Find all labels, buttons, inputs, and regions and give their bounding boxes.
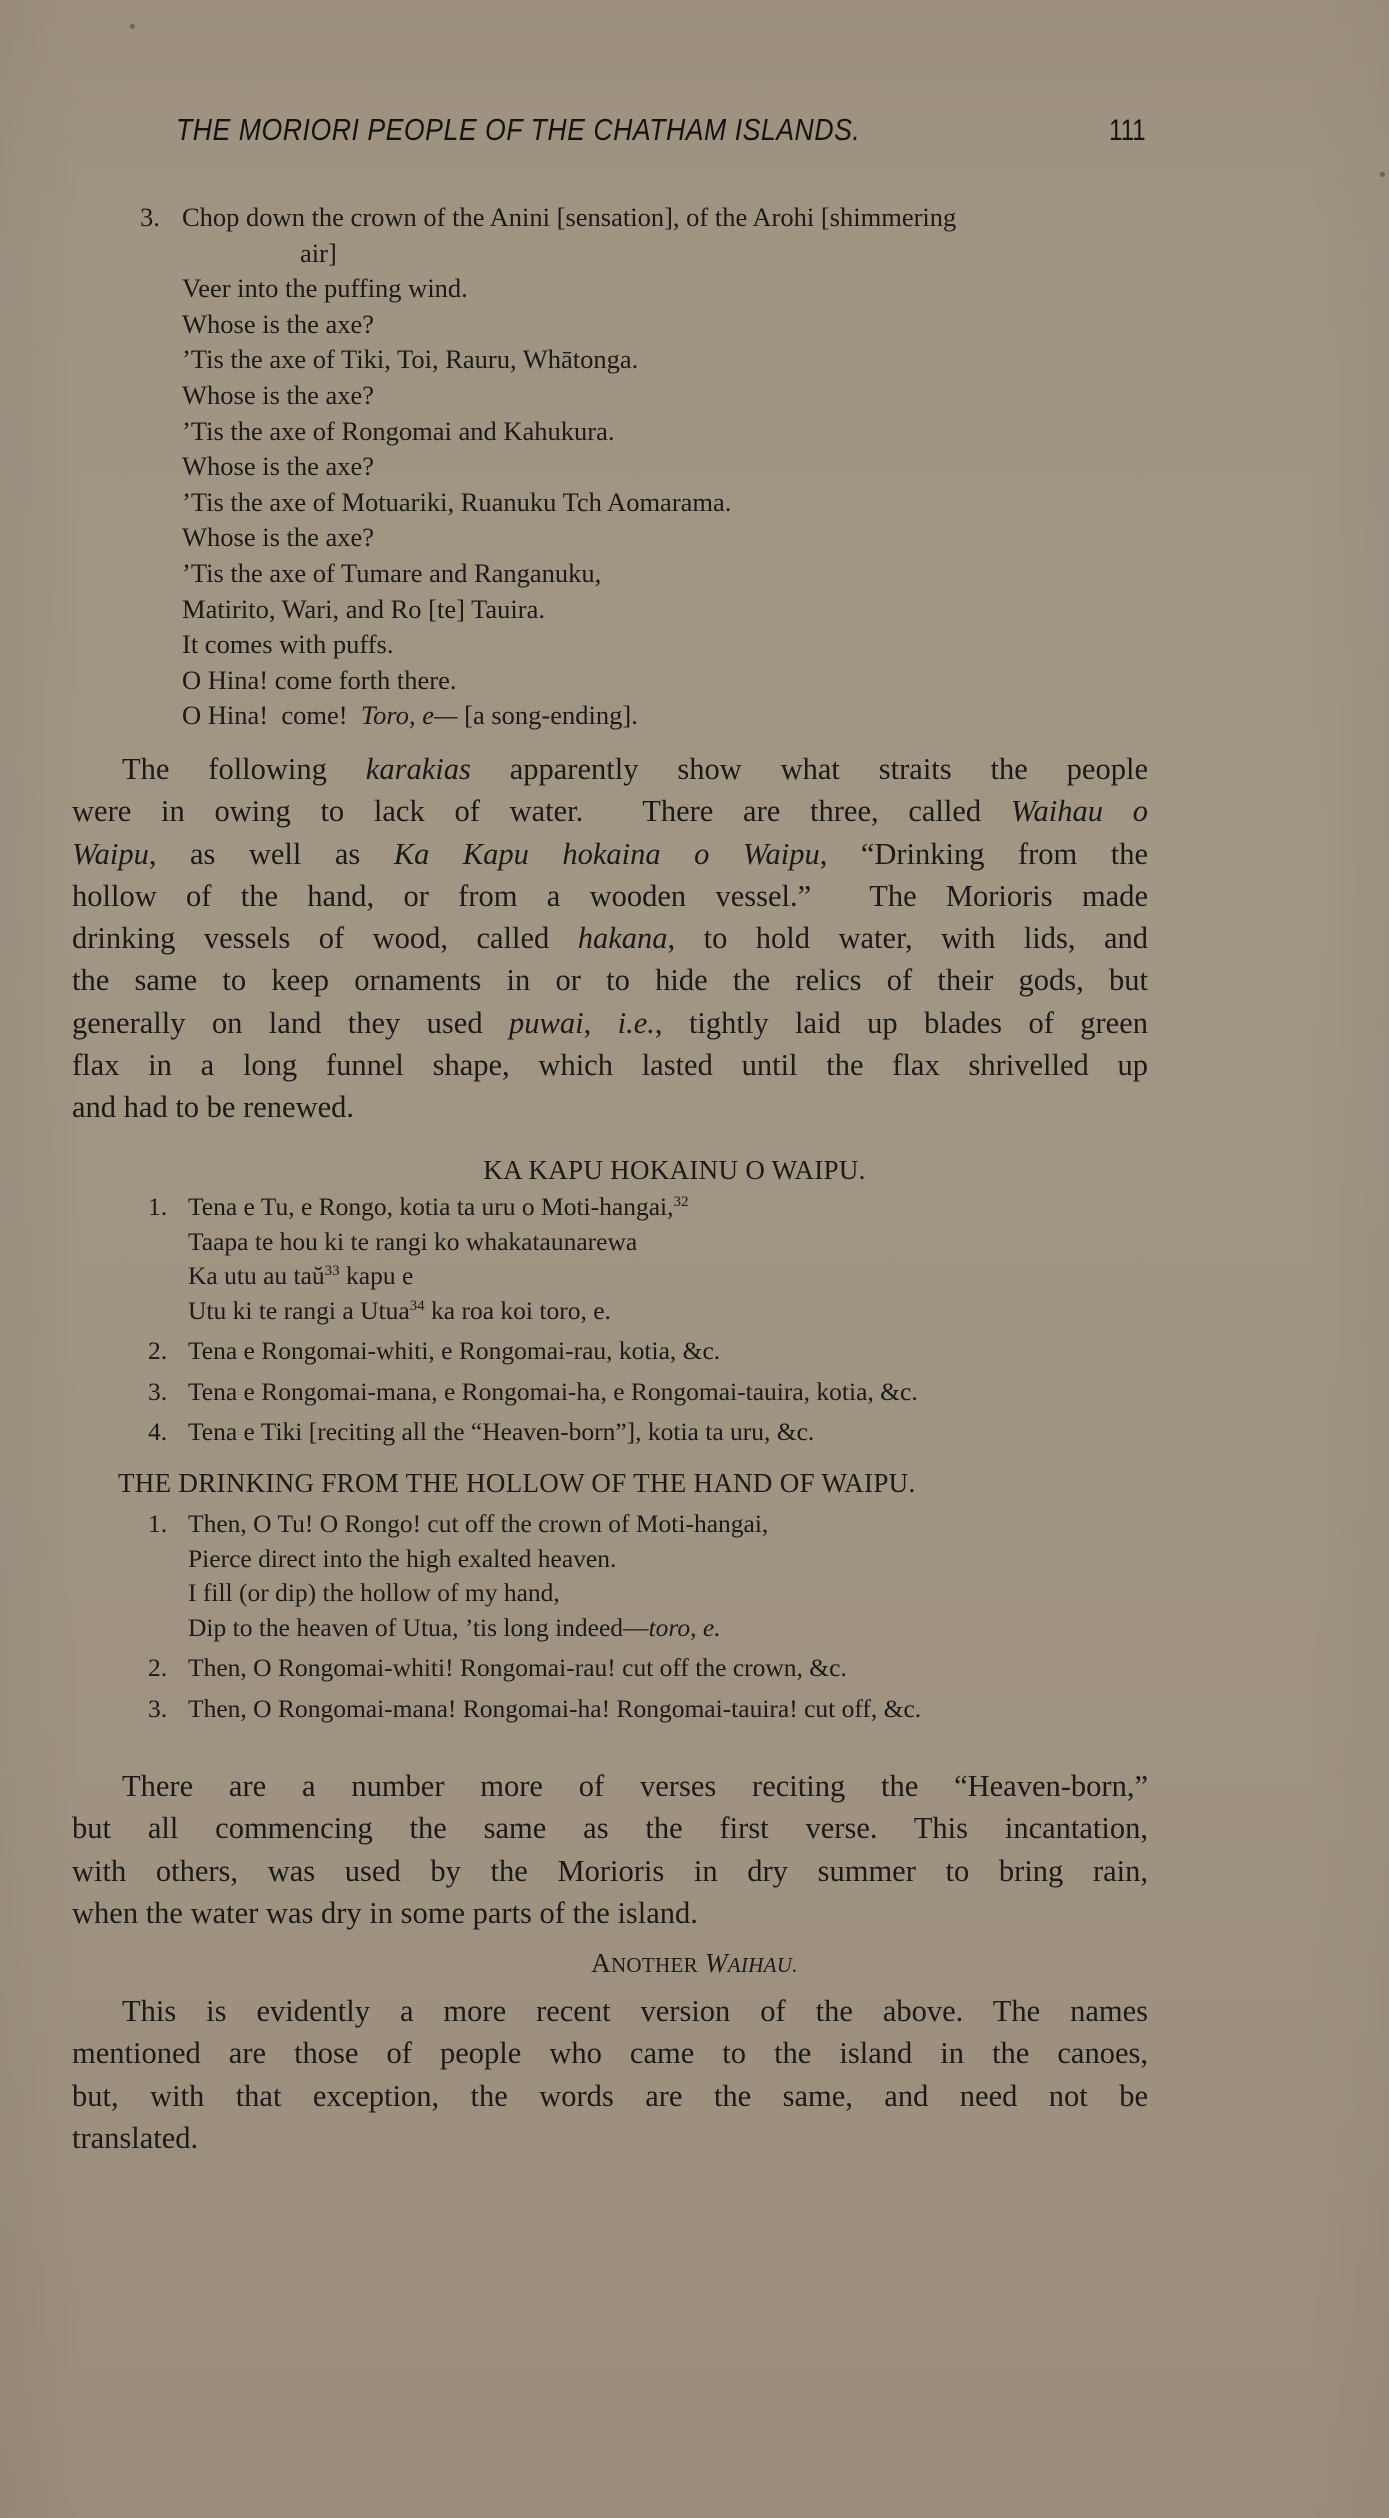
- prose-line: flax in a long funnel shape, which laste…: [72, 1044, 1148, 1086]
- verse-block-drinking: 1.Then, O Tu! O Rongo! cut off the crown…: [148, 1507, 921, 1726]
- verse-line: Ka utu au taŭ33 kapu e: [148, 1259, 918, 1294]
- verse-text: kapu e: [340, 1261, 414, 1290]
- prose-text: , as well as: [149, 837, 394, 871]
- prose-text-italic: karakias: [366, 752, 471, 786]
- prose-text: The following: [122, 752, 366, 786]
- prose-text-italic: Waipu: [72, 837, 149, 871]
- verse-text: Then, O Rongomai-whiti! Rongomai-rau! cu…: [188, 1653, 847, 1682]
- prose-text: ,: [584, 1006, 618, 1040]
- verse-text: Then, O Tu! O Rongo! cut off the crown o…: [188, 1509, 768, 1538]
- prose-text-italic: puwai: [509, 1006, 584, 1040]
- verse-block-ka-kapu: 1.Tena e Tu, e Rongo, kotia ta uru o Mot…: [148, 1190, 918, 1450]
- prose-text: were in owing to lack of water. There ar…: [72, 794, 1011, 828]
- verse-line: O Hina! come forth there.: [140, 663, 956, 699]
- heading-text: NOTHER: [611, 1953, 698, 1977]
- prose-text: , “Drinking from the: [820, 837, 1148, 871]
- verse-line: 3.Tena e Rongomai-mana, e Rongomai-ha, e…: [148, 1375, 918, 1410]
- prose-line: generally on land they used puwai, i.e.,…: [72, 1002, 1148, 1044]
- verse-text: ka roa koi toro, e.: [425, 1296, 611, 1325]
- prose-line: This is evidently a more recent version …: [72, 1990, 1148, 2032]
- verse-line: 1.Then, O Tu! O Rongo! cut off the crown…: [148, 1507, 921, 1542]
- prose-text-italic: Ka Kapu hokaina o Waipu: [394, 837, 820, 871]
- prose-text: and had to be renewed.: [72, 1090, 354, 1124]
- section-heading-ka-kapu: KA KAPU HOKAINU O WAIPU.: [0, 1155, 1389, 1186]
- prose-text: hollow of the hand, or from a wooden ves…: [72, 879, 1148, 913]
- verse-line: Matirito, Wari, and Ro [te] Tauira.: [140, 592, 956, 628]
- verse-line: 4.Tena e Tiki [reciting all the “Heaven-…: [148, 1415, 918, 1450]
- prose-line: translated.: [72, 2117, 1148, 2159]
- prose-line: but, with that exception, the words are …: [72, 2075, 1148, 2117]
- verse-line: Whose is the axe?: [140, 378, 956, 414]
- verse-text: Dip to the heaven of Utua, ’tis long ind…: [188, 1613, 649, 1642]
- verse-line: ’Tis the axe of Tiki, Toi, Rauru, Whāton…: [140, 342, 956, 378]
- verse-line: 1.Tena e Tu, e Rongo, kotia ta uru o Mot…: [148, 1190, 918, 1225]
- verse-line: 2.Tena e Rongomai-whiti, e Rongomai-rau,…: [148, 1334, 918, 1369]
- verse-line: ’Tis the axe of Rongomai and Kahukura.: [140, 414, 956, 450]
- prose-line: but all commencing the same as the first…: [72, 1807, 1148, 1849]
- verse-line: Pierce direct into the high exalted heav…: [148, 1542, 921, 1577]
- prose-line: There are a number more of verses reciti…: [72, 1765, 1148, 1807]
- verse-line: Utu ki te rangi a Utua34 ka roa koi toro…: [148, 1294, 918, 1329]
- verse-number: 2.: [148, 1334, 188, 1369]
- prose-line: hollow of the hand, or from a wooden ves…: [72, 875, 1148, 917]
- verse-block-axe: 3.Chop down the crown of the Anini [sens…: [140, 200, 956, 734]
- paragraph-recent-version: This is evidently a more recent version …: [72, 1990, 1148, 2159]
- verse-text: Then, O Rongomai-mana! Rongomai-ha! Rong…: [188, 1694, 921, 1723]
- section-heading-drinking: THE DRINKING FROM THE HOLLOW OF THE HAND…: [118, 1468, 916, 1499]
- verse-line: Whose is the axe?: [140, 520, 956, 556]
- footnote-marker[interactable]: 32: [673, 1194, 688, 1210]
- paragraph-heaven-born: There are a number more of verses reciti…: [72, 1765, 1148, 1934]
- prose-line: the same to keep ornaments in or to hide…: [72, 959, 1148, 1001]
- verse-line: It comes with puffs.: [140, 627, 956, 663]
- paper-speck: [1374, 100, 1382, 110]
- verse-text: Tena e Rongomai-whiti, e Rongomai-rau, k…: [188, 1336, 720, 1365]
- verse-line: 3.Chop down the crown of the Anini [sens…: [140, 200, 956, 236]
- verse-line: 3.Then, O Rongomai-mana! Rongomai-ha! Ro…: [148, 1692, 921, 1727]
- prose-line: Waipu, as well as Ka Kapu hokaina o Waip…: [72, 833, 1148, 875]
- verse-number: 1.: [148, 1507, 188, 1542]
- prose-text: the same to keep ornaments in or to hide…: [72, 963, 1148, 997]
- prose-text: There are a number more of verses reciti…: [122, 1769, 1148, 1803]
- section-heading-another-waihau: ANOTHER WAIHAU.: [0, 1948, 1389, 1979]
- verse-text: Tena e Tiki [reciting all the “Heaven-bo…: [188, 1417, 814, 1446]
- running-title: THE MORIORI PEOPLE OF THE CHATHAM ISLAND…: [176, 112, 860, 148]
- prose-text-italic: i.e.: [618, 1006, 655, 1040]
- prose-text: flax in a long funnel shape, which laste…: [72, 1048, 1148, 1082]
- verse-line: O Hina! come! Toro, e— [a song-ending].: [140, 698, 956, 734]
- verse-number: 2.: [148, 1651, 188, 1686]
- verse-line: I fill (or dip) the hollow of my hand,: [148, 1576, 921, 1611]
- verse-line: Whose is the axe?: [140, 307, 956, 343]
- prose-line: were in owing to lack of water. There ar…: [72, 790, 1148, 832]
- footnote-marker[interactable]: 34: [410, 1298, 425, 1314]
- prose-line: drinking vessels of wood, called hakana,…: [72, 917, 1148, 959]
- verse-number: 3.: [148, 1375, 188, 1410]
- prose-text: , to hold water, with lids, and: [668, 921, 1148, 955]
- prose-line: with others, was used by the Morioris in…: [72, 1850, 1148, 1892]
- prose-line: and had to be renewed.: [72, 1086, 1148, 1128]
- paper-speck: [1380, 172, 1385, 177]
- verse-line: ’Tis the axe of Motuariki, Ruanuku Tch A…: [140, 485, 956, 521]
- verse-line: Veer into the puffing wind.: [140, 271, 956, 307]
- verse-text: Tena e Rongomai-mana, e Rongomai-ha, e R…: [188, 1377, 918, 1406]
- verse-text: Ka utu au taŭ: [188, 1261, 325, 1290]
- verse-number: 4.: [148, 1415, 188, 1450]
- heading-text: KA KAPU HOKAINU O WAIPU.: [483, 1155, 865, 1186]
- verse-number: 1.: [148, 1190, 188, 1225]
- prose-text: , tightly laid up blades of green: [655, 1006, 1148, 1040]
- verse-text-italic: toro, e.: [649, 1613, 721, 1642]
- verse-text: O Hina! come!: [182, 700, 361, 730]
- prose-line: when the water was dry in some parts of …: [72, 1892, 1148, 1934]
- verse-number: 3.: [148, 1692, 188, 1727]
- prose-text: This is evidently a more recent version …: [122, 1994, 1148, 2028]
- heading-text: A: [591, 1948, 611, 1978]
- heading-text-italic: AIHAU.: [728, 1953, 798, 1977]
- verse-text-italic: Toro, e—: [361, 700, 458, 730]
- verse-line: 2.Then, O Rongomai-whiti! Rongomai-rau! …: [148, 1651, 921, 1686]
- verse-line: Taapa te hou ki te rangi ko whakataunare…: [148, 1225, 918, 1260]
- verse-line: Dip to the heaven of Utua, ’tis long ind…: [148, 1611, 921, 1646]
- prose-text-italic: Waihau o: [1011, 794, 1148, 828]
- paper-speck: [130, 24, 135, 29]
- footnote-marker[interactable]: 33: [325, 1263, 340, 1279]
- verse-text: [a song-ending].: [458, 700, 638, 730]
- prose-text: drinking vessels of wood, called: [72, 921, 578, 955]
- verse-line: ’Tis the axe of Tumare and Ranganuku,: [140, 556, 956, 592]
- prose-text: apparently show what straits the people: [471, 752, 1148, 786]
- verse-line: Whose is the axe?: [140, 449, 956, 485]
- prose-text: generally on land they used: [72, 1006, 509, 1040]
- book-page: THE MORIORI PEOPLE OF THE CHATHAM ISLAND…: [0, 0, 1389, 2518]
- verse-line-hanging: air]: [140, 236, 956, 272]
- page-number: 111: [1110, 114, 1146, 148]
- verse-number: 3.: [140, 200, 182, 236]
- heading-text-italic: W: [705, 1948, 728, 1978]
- verse-text: Tena e Tu, e Rongo, kotia ta uru o Moti-…: [188, 1192, 673, 1221]
- verse-text: Utu ki te rangi a Utua: [188, 1296, 410, 1325]
- prose-text-italic: hakana: [578, 921, 668, 955]
- prose-line: mentioned are those of people who came t…: [72, 2032, 1148, 2074]
- paragraph-karakias: The following karakias apparently show w…: [72, 748, 1148, 1129]
- prose-line: The following karakias apparently show w…: [72, 748, 1148, 790]
- verse-text: Chop down the crown of the Anini [sensat…: [182, 202, 956, 232]
- running-head: THE MORIORI PEOPLE OF THE CHATHAM ISLAND…: [176, 112, 1146, 148]
